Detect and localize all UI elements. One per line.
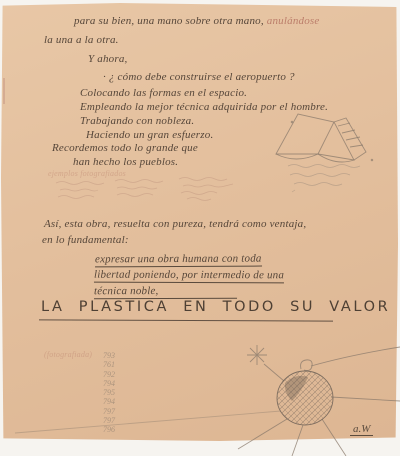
- hand-line-9: Recordemos todo lo grande que: [52, 142, 198, 154]
- hand-line-8: Haciendo un gran esfuerzo.: [86, 129, 213, 141]
- hand-line-1-red-word: anulándose: [267, 15, 320, 27]
- headline: LA PLASTICA EN TODO SU VALOR: [41, 299, 390, 315]
- hand-line-10: han hecho los pueblos.: [73, 156, 178, 168]
- hand-underlined-2: libertad poniendo, por intermedio de una: [94, 269, 284, 284]
- illegible-pencil-notes-right: [177, 175, 243, 201]
- hand-line-1-main: para su bien, una mano sobre otra mano,: [74, 15, 264, 27]
- hand-line-5: Colocando las formas en el espacio.: [80, 87, 247, 99]
- left-edge-mark: [3, 78, 5, 104]
- hand-line-11: Así, esta obra, resuelta con pureza, ten…: [44, 218, 306, 230]
- star-asterisk: [247, 345, 267, 365]
- hand-line-3: Y ahora,: [88, 53, 128, 65]
- illegible-pencil-notes-left: [52, 179, 112, 201]
- scanned-manuscript-page: { "page": { "kind": "handwritten manuscr…: [0, 0, 400, 456]
- hand-underlined-1: expresar una obra humana con toda: [95, 253, 262, 268]
- signature-initials: a.W: [350, 423, 373, 436]
- hand-underlined-3: técnica noble,: [94, 285, 237, 299]
- illegible-pencil-note-book: [286, 162, 376, 194]
- hand-line-2: la una a la otra.: [44, 34, 119, 46]
- hand-line-4: · ¿ cómo debe construirse el aeropuerto …: [103, 71, 295, 83]
- hand-line-12: en lo fundamental:: [42, 234, 129, 246]
- hand-line-7: Trabajando con nobleza.: [80, 115, 194, 127]
- hand-line-1: para su bien, una mano sobre otra mano, …: [74, 15, 320, 27]
- hatched-sphere-sketch: [0, 335, 400, 456]
- illegible-pencil-notes-middle: [113, 177, 175, 201]
